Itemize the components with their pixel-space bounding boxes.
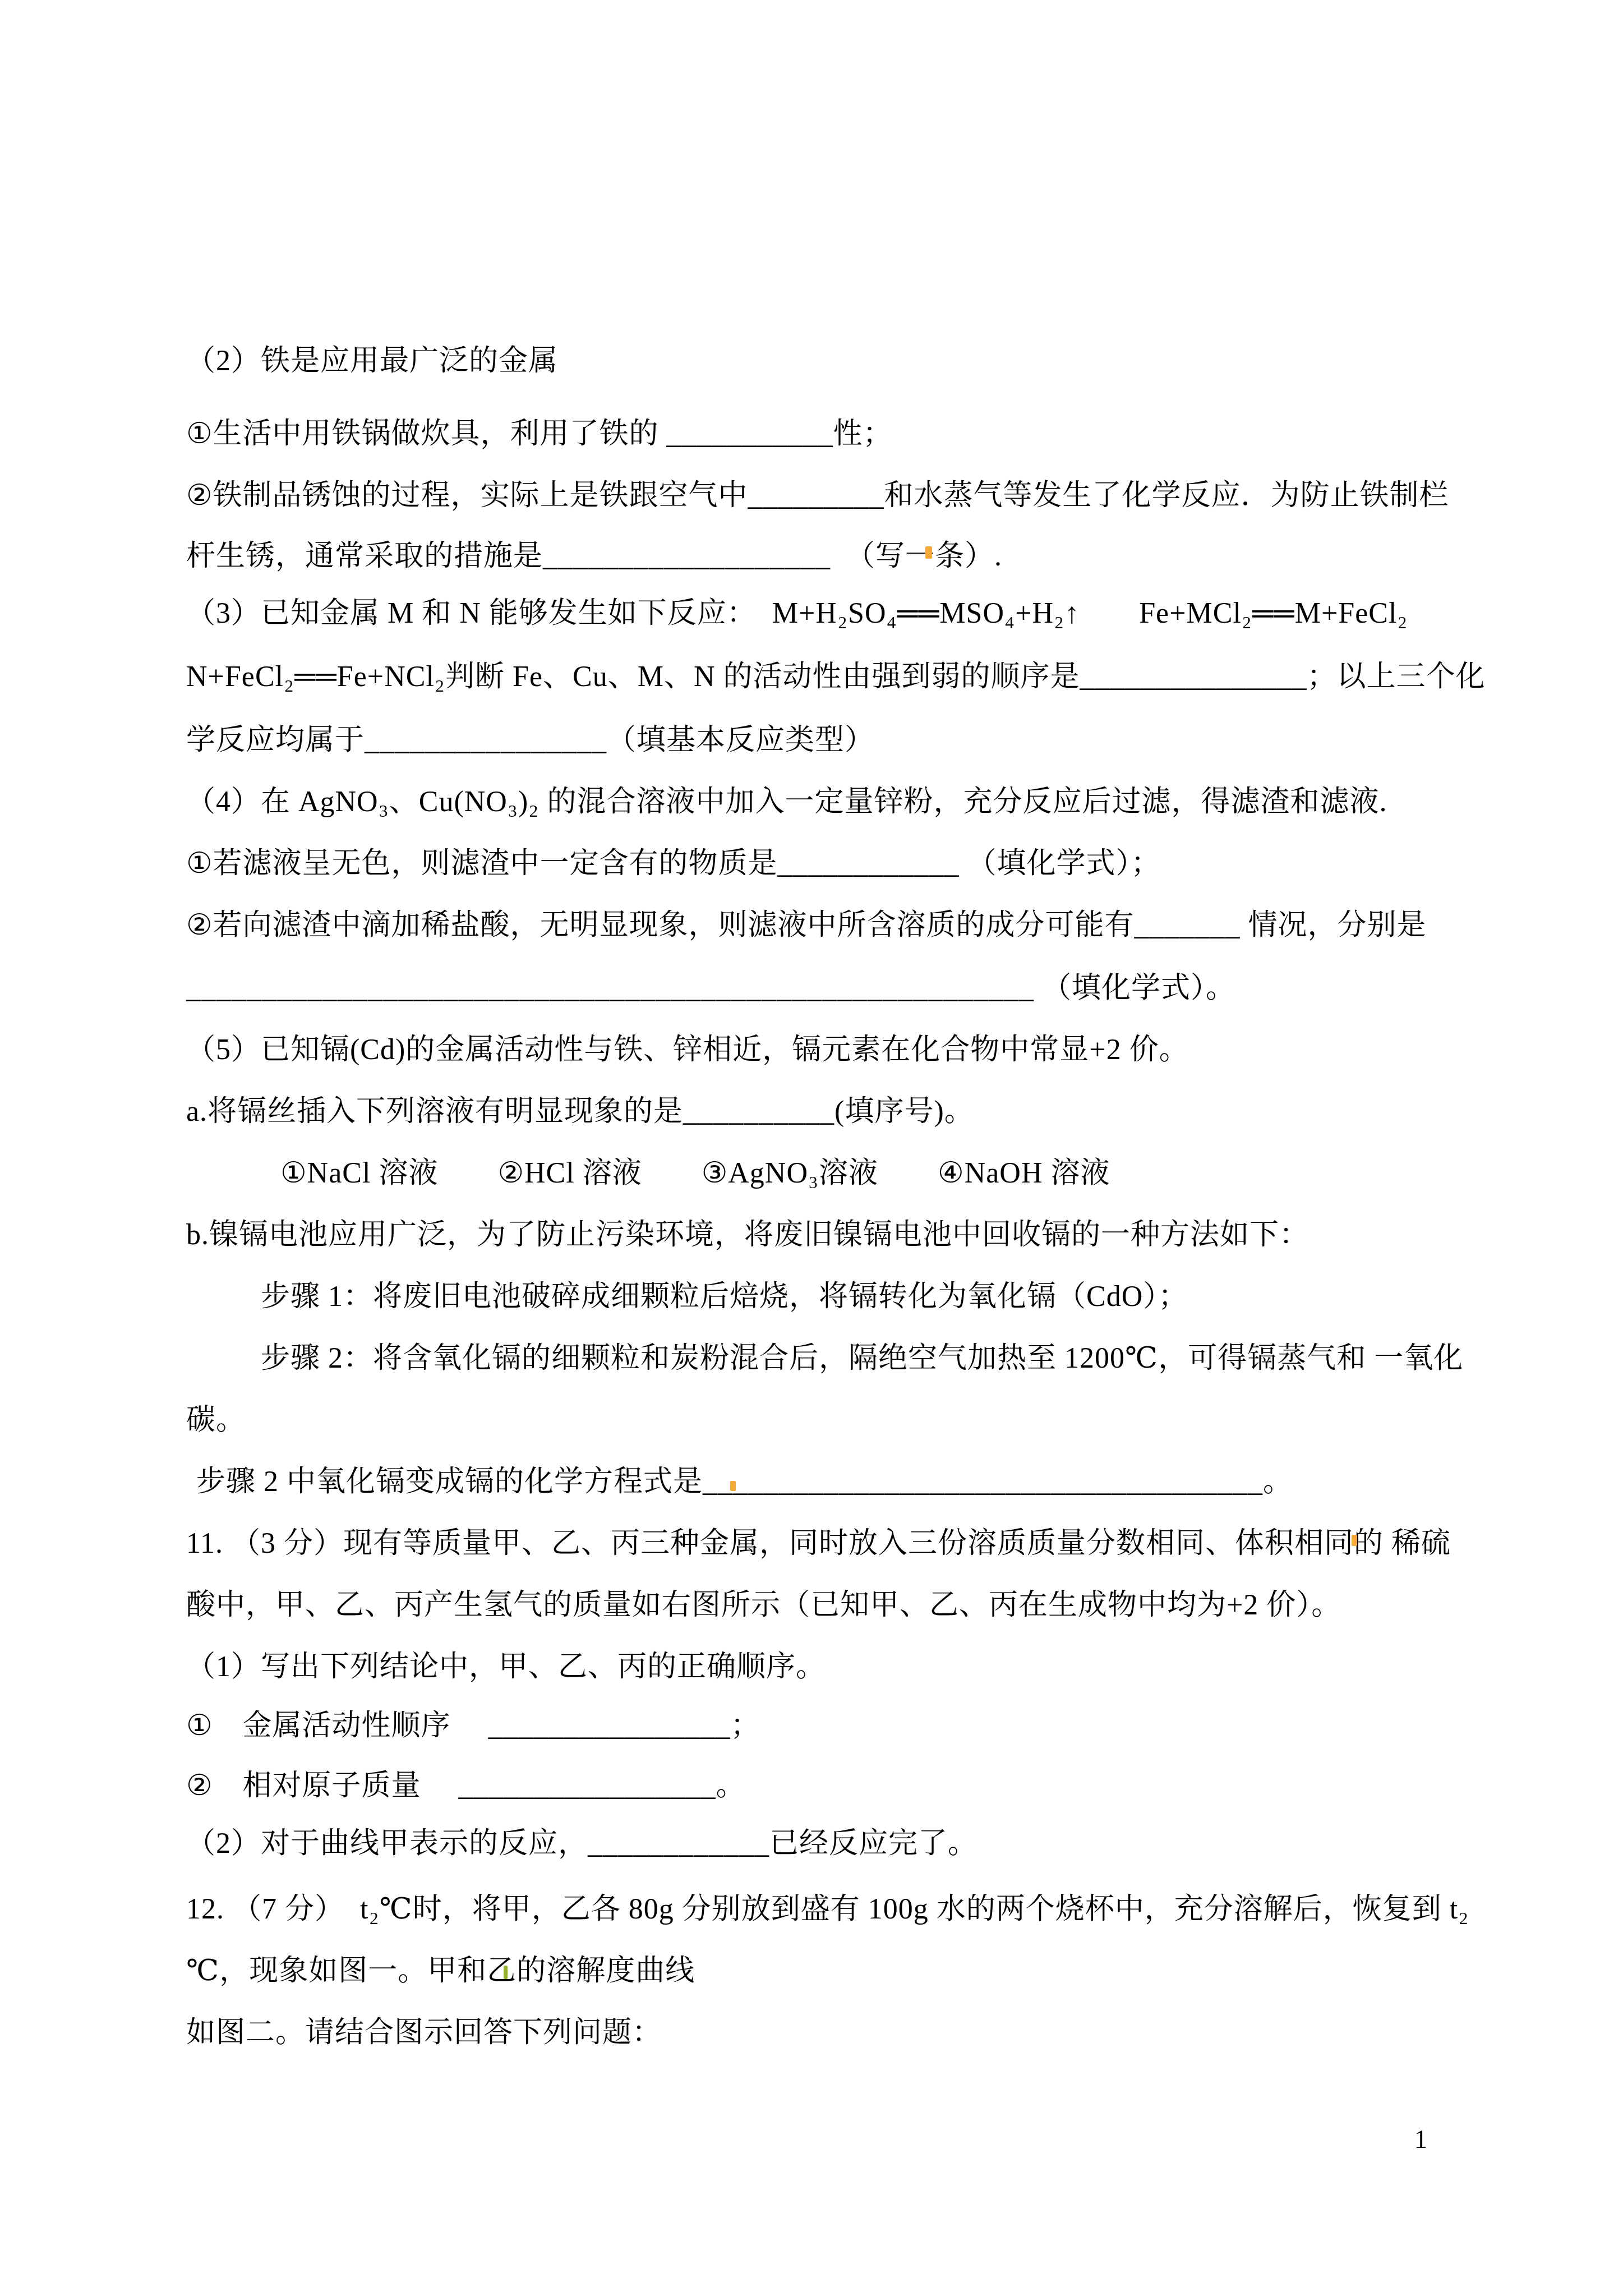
text-line-q2-heading: （2）铁是应用最广泛的金属 xyxy=(186,343,558,379)
text-line-q2-item2: ②铁制品锈蚀的过程，实际上是铁跟空气中_________和水蒸气等发生了化学反应… xyxy=(186,478,1449,514)
text-line-q5-b: b.镍镉电池应用广泛，为了防止污染环境，将废旧镍镉电池中回收镉的一种方法如下： xyxy=(186,1217,1309,1253)
scan-artifact-orange-3 xyxy=(1352,1535,1357,1546)
text-line-q4-item1: ①若滤液呈无色，则滤渣中一定含有的物质是____________ （填化学式）； xyxy=(186,846,1161,882)
text-line-q5-heading: （5）已知镉(Cd)的金属活动性与铁、锌相近，镉元素在化合物中常显+2 价。 xyxy=(186,1032,1189,1068)
text-line-q12-stem-cont1: ℃，现象如图一。甲和乙的溶解度曲线 xyxy=(186,1953,695,1989)
text-line-q2-item2-cont: 杆生锈，通常采取的措施是___________________ （写一条）. xyxy=(186,539,1002,574)
text-line-q11-sub1: （1）写出下列结论中，甲、乙、丙的正确顺序。 xyxy=(186,1649,826,1685)
text-line-q2-item1: ①生活中用铁锅做炊具，利用了铁的 ___________性； xyxy=(186,416,893,452)
page-number: 1 xyxy=(1414,2125,1427,2154)
text-line-q11-stem-cont: 酸中，甲、乙、丙产生氢气的质量如右图所示（已知甲、乙、丙在生成物中均为+2 价）… xyxy=(186,1588,1341,1623)
scan-artifact-green-1 xyxy=(504,1966,508,1979)
text-line-q11-activity: ① 金属活动性顺序 ________________； xyxy=(186,1708,760,1744)
text-line-q5-a: a.将镉丝插入下列溶液有明显现象的是__________(填序号)。 xyxy=(186,1094,974,1130)
text-line-q3-order: N+FeCl₂══Fe+NCl₂判断 Fe、Cu、M、N 的活动性由强到弱的顺序… xyxy=(186,659,1485,695)
text-line-q12-stem-cont2: 如图二。请结合图示回答下列问题： xyxy=(186,2015,662,2051)
text-line-q3-equations: （3）已知金属 M 和 N 能够发生如下反应： M+H₂SO₄══MSO₄+H₂… xyxy=(186,596,1408,632)
text-line-q12-stem: 12. （7 分） t₂℃时，将甲，乙各 80g 分别放到盛有 100g 水的两… xyxy=(186,1892,1469,1927)
document-page: { "doc": { "kind": "chemistry-exam-works… xyxy=(0,0,1623,2296)
text-line-step1: 步骤 1：将废旧电池破碎成细颗粒后焙烧，将镉转化为氧化镉（CdO）； xyxy=(261,1279,1188,1315)
text-line-q11-sub2: （2）对于曲线甲表示的反应，____________已经反应完了。 xyxy=(186,1826,978,1862)
text-line-q4-heading: （4）在 AgNO₃、Cu(NO₃)₂ 的混合溶液中加入一定量锌粉，充分反应后过… xyxy=(186,784,1387,820)
text-line-step2: 步骤 2：将含氧化镉的细颗粒和炭粉混合后，隔绝空气加热至 1200℃，可得镉蒸气… xyxy=(261,1341,1463,1377)
text-line-q4-item2: ②若向滤渣中滴加稀盐酸，无明显现象，则滤液中所含溶质的成分可能有_______ … xyxy=(186,908,1427,944)
exam-page: （2）铁是应用最广泛的金属 ①生活中用铁锅做炊具，利用了铁的 _________… xyxy=(0,0,1623,2296)
scan-artifact-orange-2 xyxy=(730,1481,736,1491)
text-line-q11-stem: 11. （3 分）现有等质量甲、乙、丙三种金属，同时放入三份溶质质量分数相同、体… xyxy=(186,1526,1451,1562)
text-line-q5-options: ①NaCl 溶液 ②HCl 溶液 ③AgNO₃溶液 ④NaOH 溶液 xyxy=(280,1156,1110,1191)
text-line-q11-atomic-mass: ② 相对原子质量 _________________。 xyxy=(186,1768,746,1804)
text-line-step2-cont: 碳。 xyxy=(186,1402,246,1438)
text-line-q4-item2-blank: ________________________________________… xyxy=(186,970,1235,1006)
text-line-q3-reaction-type: 学反应均属于________________（填基本反应类型） xyxy=(186,723,874,758)
scan-artifact-orange-1 xyxy=(925,546,932,559)
text-line-step2-equation: 步骤 2 中氧化镉变成镉的化学方程式是_____________________… xyxy=(196,1464,1293,1500)
